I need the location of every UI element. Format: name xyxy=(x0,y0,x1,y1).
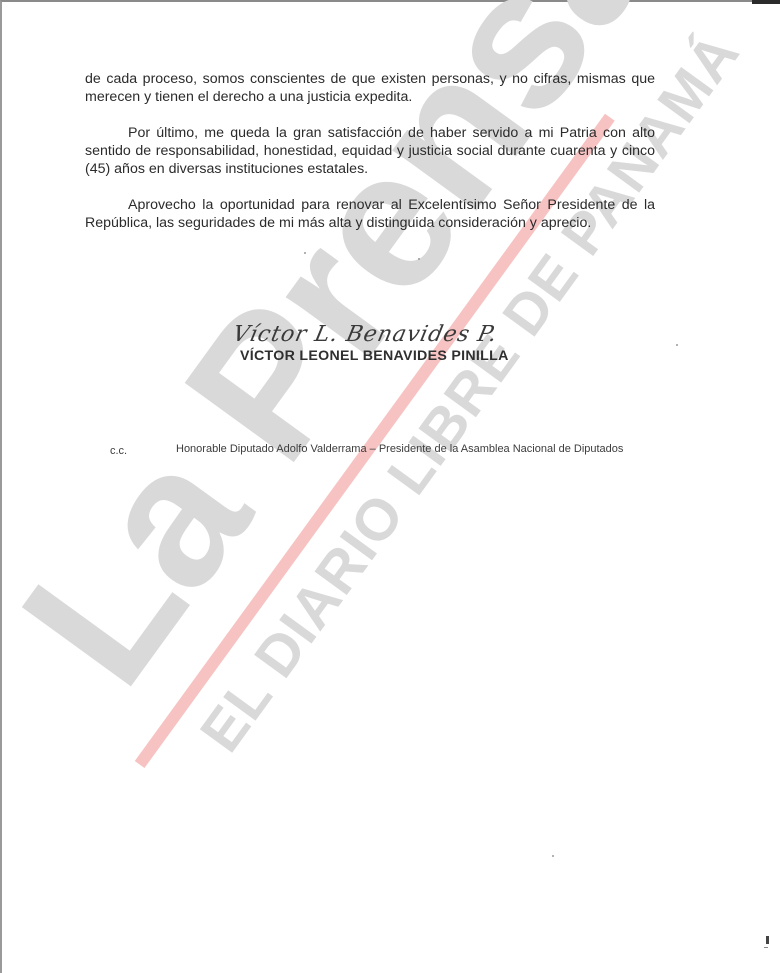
carbon-copy: c.c. Honorable Diputado Adolfo Valderram… xyxy=(110,442,658,458)
signer-printed-name: VÍCTOR LEONEL BENAVIDES PINILLA xyxy=(240,348,545,364)
scan-mark-bottom xyxy=(766,936,769,944)
speck xyxy=(552,855,554,857)
scan-edge-mark xyxy=(752,0,780,4)
paragraph-service-statement: Por último, me queda la gran satisfacció… xyxy=(85,124,655,178)
signature-block: Víctor L. Benavides P. VÍCTOR LEONEL BEN… xyxy=(225,324,545,364)
speck xyxy=(676,344,678,346)
speck xyxy=(304,252,306,254)
paragraph-closing-context: de cada proceso, somos conscientes de qu… xyxy=(85,70,655,106)
speck xyxy=(418,258,420,260)
paragraph-farewell: Aprovecho la oportunidad para renovar al… xyxy=(85,196,655,232)
cc-recipient: Honorable Diputado Adolfo Valderrama – P… xyxy=(176,442,658,458)
handwritten-signature: Víctor L. Benavides P. xyxy=(231,324,548,346)
letter-body: de cada proceso, somos conscientes de qu… xyxy=(85,70,655,250)
cc-label: c.c. xyxy=(110,442,176,458)
